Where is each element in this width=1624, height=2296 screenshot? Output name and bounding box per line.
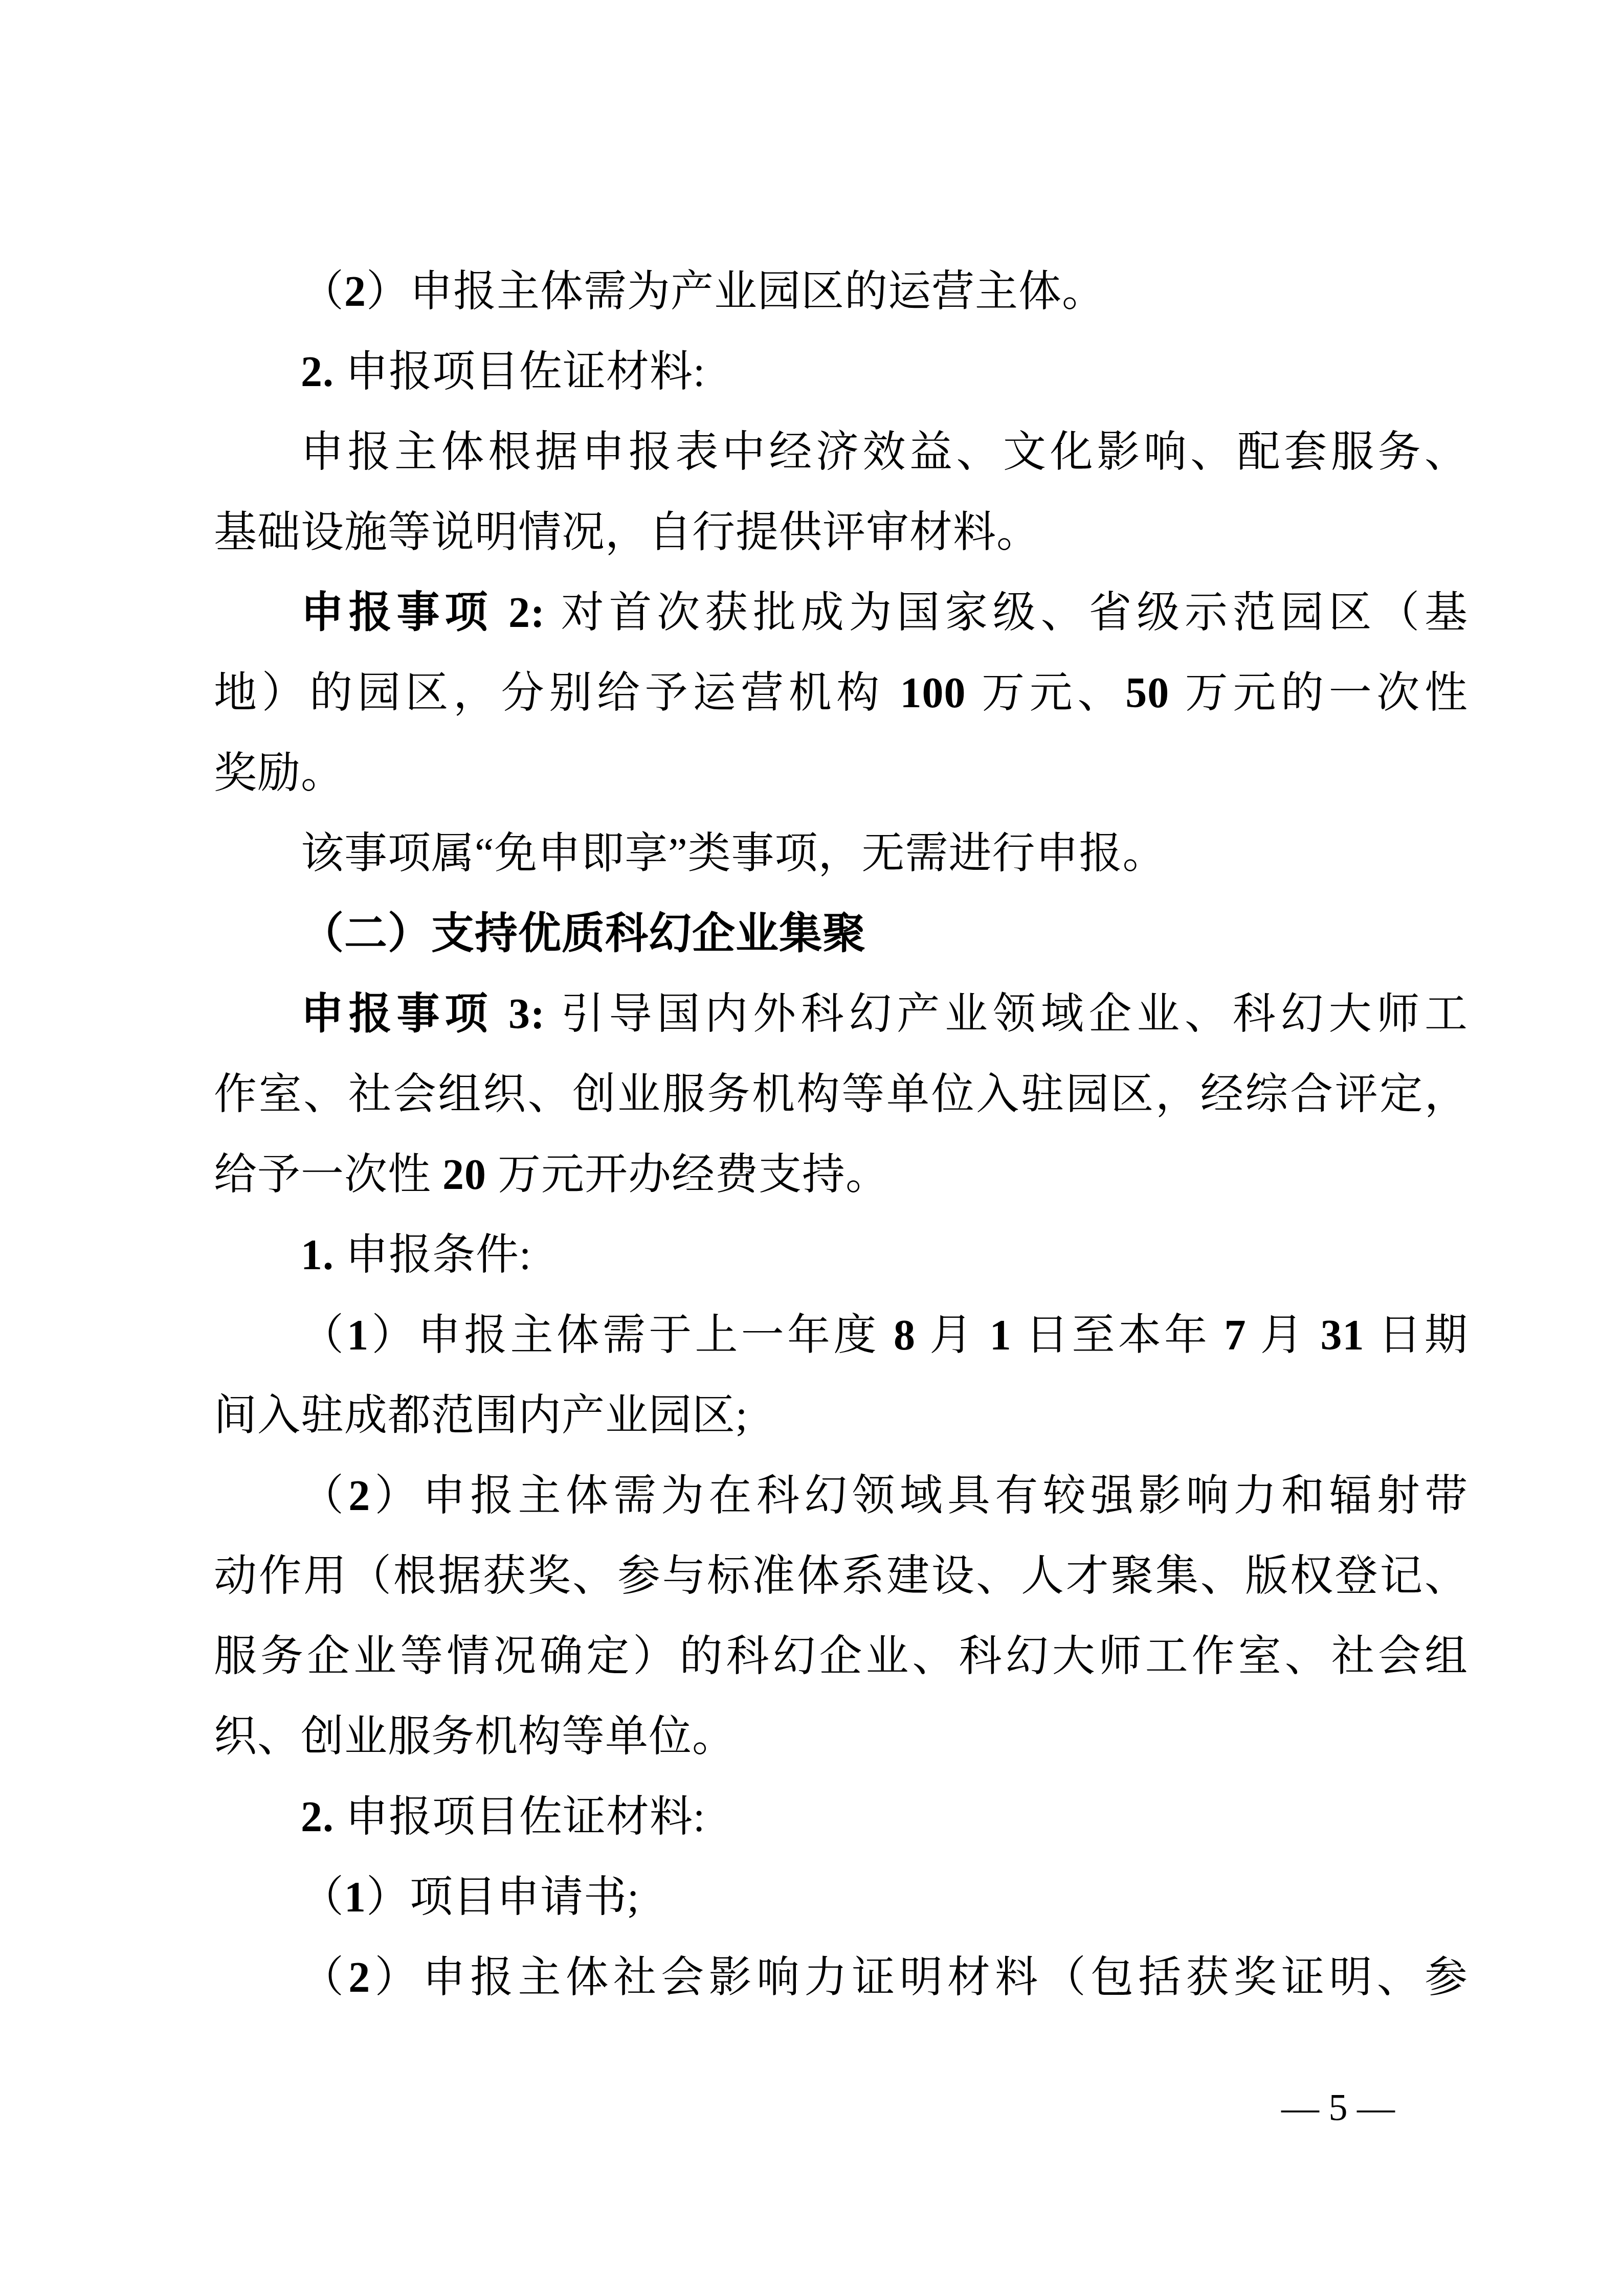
text-segment: 1 [347,1312,369,1359]
text-segment: 间入驻成都范围内产业园区; [214,1392,748,1439]
text-segment: 服务企业等情况确定）的科幻企业、科幻大师工作室、社会组 [214,1633,1468,1680]
text-line: 申报事项 2: 对首次获批成为国家级、省级示范园区（基 [214,573,1468,653]
text-segment: ）申报主体需为产业园区的运营主体。 [366,268,1105,316]
text-segment: 100 [900,669,966,717]
text-segment: 申报主体根据申报表中经济效益、文化影响、配套服务、 [301,429,1468,476]
text-segment: ）申报主体社会影响力证明材料（包括获奖证明、参 [370,1954,1468,2001]
text-segment: 申报项目佐证材料: [334,348,705,396]
text-line: （二）支持优质科幻企业集聚 [214,894,1468,974]
text-segment: （ [301,1472,348,1520]
text-segment: 1 [990,1312,1012,1359]
text-segment: 动作用（根据获奖、参与标准体系建设、人才聚集、版权登记、 [214,1552,1468,1600]
text-segment: （ [301,1312,347,1359]
text-line: 基础设施等说明情况，自行提供评审材料。 [214,492,1468,573]
text-line: 2. 申报项目佐证材料: [214,1777,1468,1857]
text-segment: 2 [344,268,366,316]
text-segment: 2. [301,1793,334,1841]
text-segment: 该事项属“免申即享”类事项，无需进行申报。 [301,830,1166,877]
text-segment: 月 [1247,1312,1321,1359]
text-segment: 日至本年 [1012,1312,1225,1359]
text-segment: 50 [1125,669,1169,717]
text-line: 作室、社会组织、创业服务机构等单位入驻园区，经综合评定， [214,1054,1468,1135]
text-line: 动作用（根据获奖、参与标准体系建设、人才聚集、版权登记、 [214,1536,1468,1616]
text-segment: 织、创业服务机构等单位。 [214,1713,736,1761]
text-segment: 20 [442,1151,486,1199]
text-segment: 引导国内外科幻产业领域企业、科幻大师工 [545,991,1468,1038]
text-segment: 地）的园区，分别给予运营机构 [214,669,900,717]
text-line: 申报主体根据申报表中经济效益、文化影响、配套服务、 [214,412,1468,492]
text-line: （1）申报主体需于上一年度 8 月 1 日至本年 7 月 31 日期 [214,1295,1468,1376]
text-segment: 万元开办经费支持。 [486,1151,889,1199]
page-footer: — 5 — [1281,2082,1395,2133]
text-segment: 申报事项 2: [301,589,545,637]
text-segment: （ [301,1874,344,1921]
text-segment: 申报条件: [334,1231,531,1279]
text-segment: 作室、社会组织、创业服务机构等单位入驻园区，经综合评定， [214,1071,1468,1118]
text-segment: （二）支持优质科幻企业集聚 [301,910,866,958]
text-line: 织、创业服务机构等单位。 [214,1697,1468,1777]
text-segment: 基础设施等说明情况，自行提供评审材料。 [214,509,1040,556]
text-segment: 给予一次性 [214,1151,442,1199]
text-segment: 2 [348,1472,370,1520]
text-line: （2）申报主体社会影响力证明材料（包括获奖证明、参 [214,1938,1468,2018]
text-line: 1. 申报条件: [214,1215,1468,1295]
text-segment: 日期 [1364,1312,1468,1359]
document-body: （2）申报主体需为产业园区的运营主体。2. 申报项目佐证材料:申报主体根据申报表… [214,252,1468,2018]
text-line: 该事项属“免申即享”类事项，无需进行申报。 [214,814,1468,894]
page-number: — 5 — [1281,2087,1395,2129]
text-segment: 8 [894,1312,916,1359]
text-segment: 7 [1225,1312,1247,1359]
text-segment: 31 [1320,1312,1364,1359]
text-segment: 万元、 [966,669,1126,717]
text-segment: （ [301,1954,348,2001]
text-line: （2）申报主体需为产业园区的运营主体。 [214,252,1468,332]
text-line: 给予一次性 20 万元开办经费支持。 [214,1135,1468,1215]
text-line: 2. 申报项目佐证材料: [214,332,1468,412]
text-segment: 1 [344,1874,366,1921]
text-segment: 对首次获批成为国家级、省级示范园区（基 [545,589,1468,637]
text-segment: ）申报主体需于上一年度 [369,1312,894,1359]
text-segment: ）申报主体需为在科幻领域具有较强影响力和辐射带 [370,1472,1468,1520]
text-line: 申报事项 3: 引导国内外科幻产业领域企业、科幻大师工 [214,974,1468,1054]
text-line: 奖励。 [214,733,1468,814]
text-segment: 申报项目佐证材料: [334,1793,705,1841]
text-line: 地）的园区，分别给予运营机构 100 万元、50 万元的一次性 [214,653,1468,733]
text-line: 服务企业等情况确定）的科幻企业、科幻大师工作室、社会组 [214,1616,1468,1697]
document-page: （2）申报主体需为产业园区的运营主体。2. 申报项目佐证材料:申报主体根据申报表… [0,0,1624,2296]
text-line: （1）项目申请书; [214,1857,1468,1938]
text-line: 间入驻成都范围内产业园区; [214,1376,1468,1456]
text-segment: ）项目申请书; [366,1874,639,1921]
text-segment: 申报事项 3: [301,991,545,1038]
text-segment: 万元的一次性 [1169,669,1468,717]
text-segment: 月 [916,1312,990,1359]
text-segment: （ [301,268,344,316]
text-segment: 2. [301,348,334,396]
text-segment: 奖励。 [214,750,344,797]
text-line: （2）申报主体需为在科幻领域具有较强影响力和辐射带 [214,1456,1468,1536]
text-segment: 1. [301,1231,334,1279]
text-segment: 2 [348,1954,370,2001]
